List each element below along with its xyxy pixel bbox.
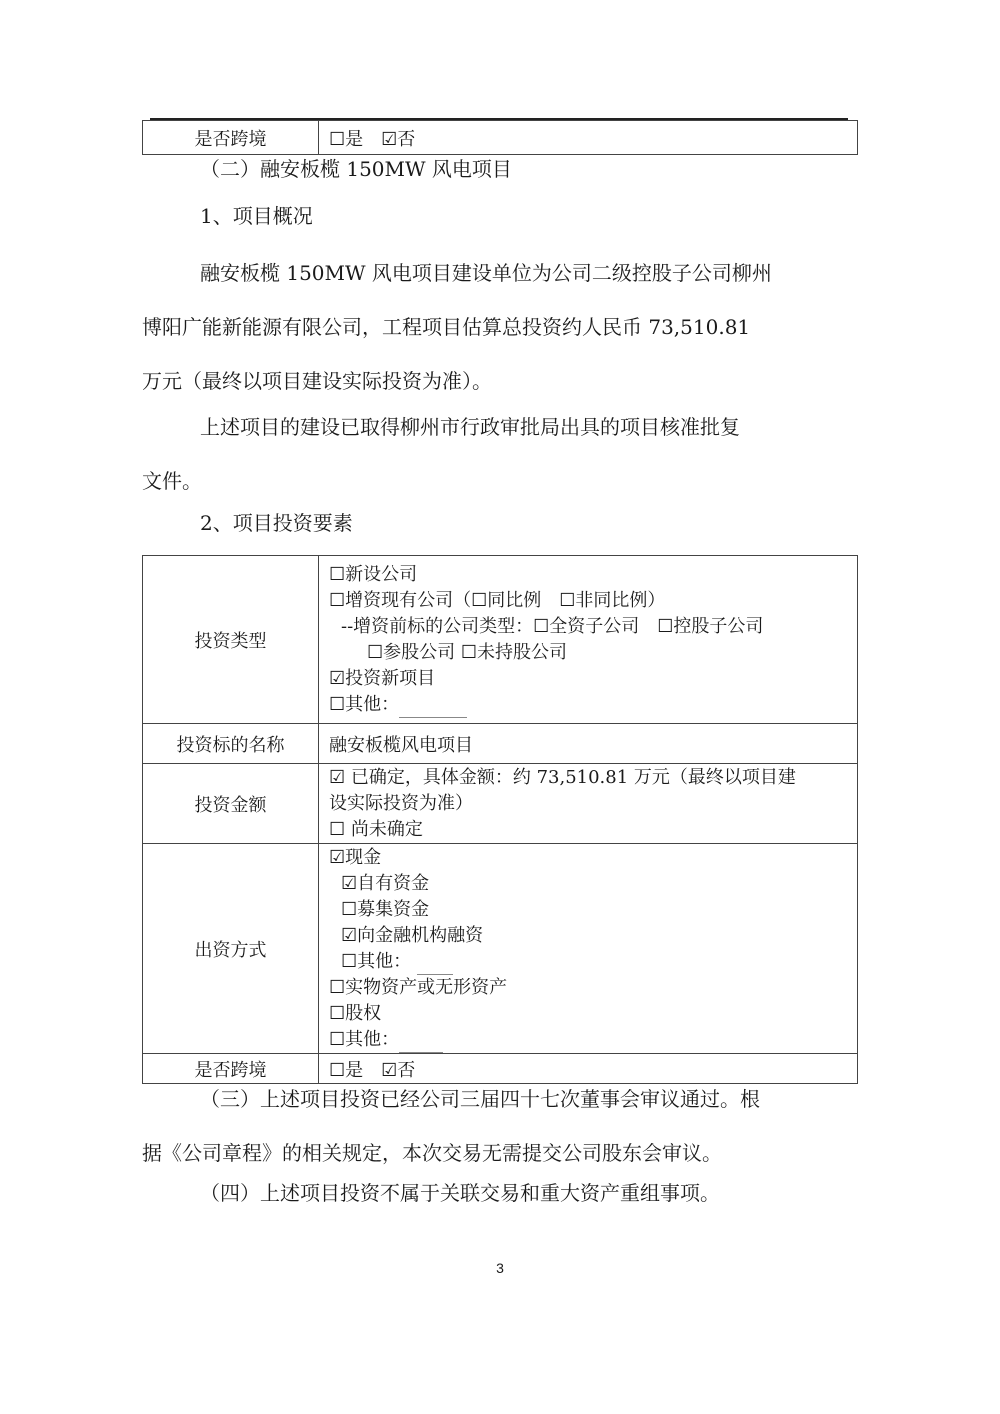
table-row-funding-method: 出资方式 ☑现金 ☑自有资金 ☐募集资金 ☑向金融机构融资 ☐其他： ☐实物资产… (143, 844, 858, 1054)
table-row-target-name: 投资标的名称 融安板榄风电项目 (143, 724, 858, 764)
paragraph-related-transaction: （四）上述项目投资不属于关联交易和重大资产重组事项。 (142, 1166, 858, 1220)
label-investment-amount: 投资金额 (143, 764, 319, 844)
value-investment-type: ☐新设公司 ☐增资现有公司（☐同比例 ☐非同比例） --增资前标的公司类型：☐全… (319, 556, 858, 724)
label-investment-type: 投资类型 (143, 556, 319, 724)
table-row-investment-type: 投资类型 ☐新设公司 ☐增资现有公司（☐同比例 ☐非同比例） --增资前标的公司… (143, 556, 858, 724)
paragraph-board-approval: （三）上述项目投资已经公司三届四十七次董事会审议通过。根 据《公司章程》的相关规… (142, 1072, 858, 1180)
blank-field (399, 1034, 443, 1053)
paragraph-approval: 上述项目的建设已取得柳州市行政审批局出具的项目核准批复 文件。 (142, 400, 858, 508)
blank-field (417, 956, 453, 975)
investment-elements-table: 投资类型 ☐新设公司 ☐增资现有公司（☐同比例 ☐非同比例） --增资前标的公司… (142, 555, 858, 1084)
subheading-investment-elements: 2、项目投资要素 (142, 496, 858, 550)
subheading-project-overview: 1、项目概况 (142, 189, 858, 243)
paragraph-project-overview: 融安板榄 150MW 风电项目建设单位为公司二级控股子公司柳州 博阳广能新能源有… (142, 246, 858, 408)
table-row-investment-amount: 投资金额 ☑ 已确定，具体金额：约 73,510.81 万元（最终以项目建 设实… (143, 764, 858, 844)
label-funding-method: 出资方式 (143, 844, 319, 1054)
value-investment-amount: ☑ 已确定，具体金额：约 73,510.81 万元（最终以项目建 设实际投资为准… (319, 764, 858, 844)
page-number: 3 (0, 1260, 1000, 1276)
label-target-name: 投资标的名称 (143, 724, 319, 764)
section-heading-2: （二）融安板榄 150MW 风电项目 (142, 142, 858, 196)
blank-field (399, 699, 467, 718)
value-target-name: 融安板榄风电项目 (319, 724, 858, 764)
value-funding-method: ☑现金 ☑自有资金 ☐募集资金 ☑向金融机构融资 ☐其他： ☐实物资产或无形资产… (319, 844, 858, 1054)
